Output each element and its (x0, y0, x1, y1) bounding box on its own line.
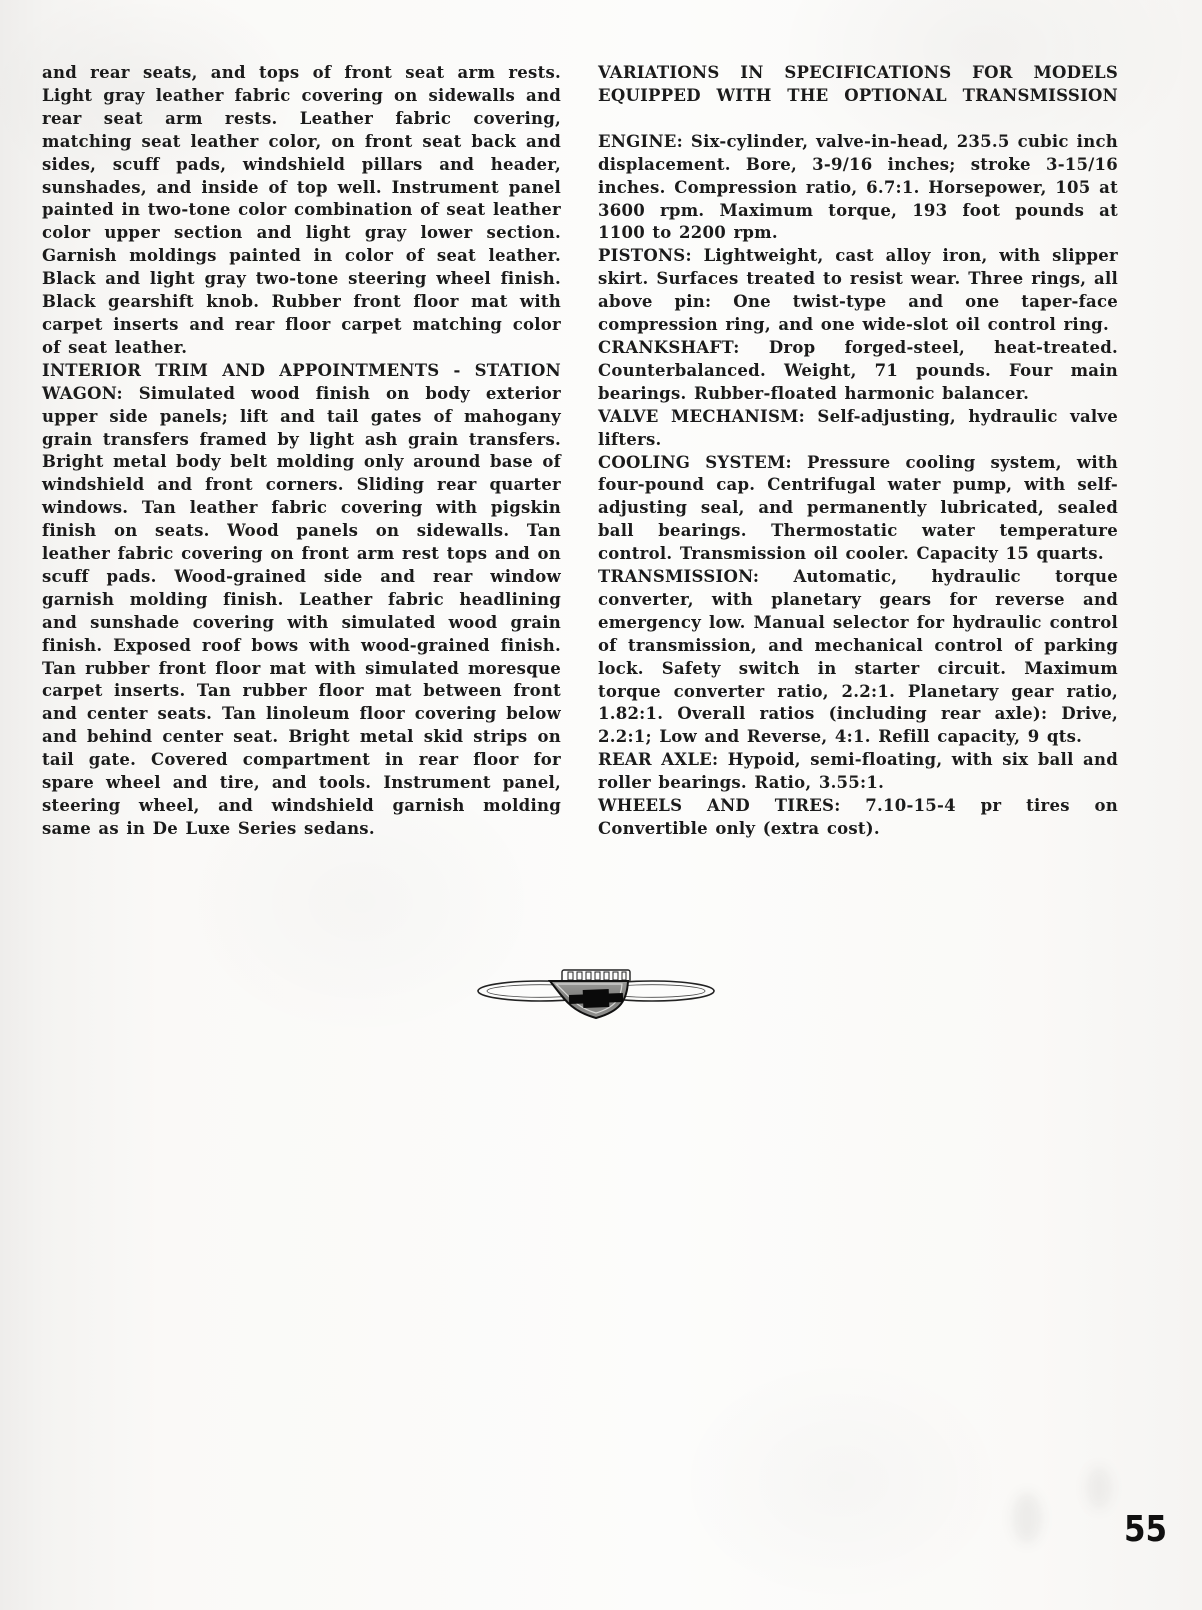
chevrolet-emblem (476, 968, 716, 1022)
left-column: and rear seats, and tops of front seat a… (42, 62, 561, 841)
page-number: 55 (1124, 1512, 1167, 1548)
cooling-system-paragraph: COOLING SYSTEM: Pressure cooling system,… (598, 452, 1118, 567)
document-page: and rear seats, and tops of front seat a… (0, 0, 1202, 1610)
pistons-paragraph: PISTONS: Lightweight, cast alloy iron, w… (598, 245, 1118, 337)
valve-mechanism-paragraph: VALVE MECHANISM: Self-adjusting, hydraul… (598, 406, 1118, 452)
right-column: VARIATIONS IN SPECIFICATIONS FOR MODELS … (598, 62, 1118, 841)
crankshaft-paragraph: CRANKSHAFT: Drop forged-steel, heat-trea… (598, 337, 1118, 406)
scan-smudge (1012, 1492, 1042, 1544)
wheels-tires-paragraph: WHEELS AND TIRES: 7.10-15-4 pr tires on … (598, 795, 1118, 841)
chevrolet-crest-icon (476, 968, 716, 1022)
interior-trim-station-wagon-paragraph: INTERIOR TRIM AND APPOINTMENTS - STATION… (42, 360, 561, 841)
engine-paragraph: ENGINE: Six-cylinder, valve-in-head, 235… (598, 131, 1118, 246)
section-heading: VARIATIONS IN SPECIFICATIONS FOR MODELS … (598, 62, 1118, 108)
transmission-paragraph: TRANSMISSION: Automatic, hydraulic torqu… (598, 566, 1118, 749)
rear-axle-paragraph: REAR AXLE: Hypoid, semi-floating, with s… (598, 749, 1118, 795)
interior-trim-continuation-paragraph: and rear seats, and tops of front seat a… (42, 62, 561, 360)
scan-smudge (1086, 1466, 1112, 1510)
